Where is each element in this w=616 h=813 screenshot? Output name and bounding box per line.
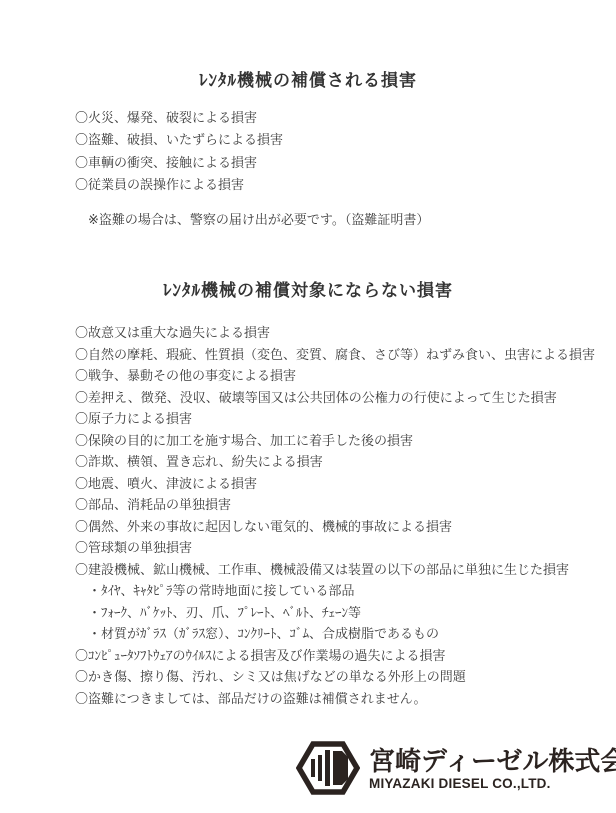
list-item: 〇ｺﾝﾋﾟｭｰﾀｿﾌﾄｳｪｱのｳｲﾙｽによる損害及び作業場の過失による損害 bbox=[75, 645, 595, 667]
list-item: 〇詐欺、横領、置き忘れ、紛失による損害 bbox=[75, 451, 595, 473]
list-item: 〇建設機械、鉱山機械、工作車、機械設備又は装置の以下の部品に単独に生じた損害 bbox=[75, 559, 595, 581]
list-item: 〇戦争、暴動その他の事変による損害 bbox=[75, 365, 595, 387]
list-item: ・ﾀｲﾔ、ｷｬﾀﾋﾟﾗ等の常時地面に接している部品 bbox=[88, 580, 595, 602]
theft-report-note: ※盗難の場合は、警察の届け出が必要です。（盗難証明書） bbox=[88, 209, 429, 228]
list-item: 〇火災、爆発、破裂による損害 bbox=[75, 107, 283, 129]
list-item: 〇自然の摩耗、瑕疵、性質損（変色、変質、腐食、さび等）ねずみ食い、虫害による損害 bbox=[75, 344, 595, 366]
list-item: ・ﾌｫｰｸ、ﾊﾞｹｯﾄ、刃、爪、ﾌﾟﾚｰﾄ、ﾍﾞﾙﾄ、ﾁｪｰﾝ等 bbox=[88, 602, 595, 624]
list-item: 〇差押え、徴発、没収、破壊等国又は公共団体の公権力の行使によって生じた損害 bbox=[75, 387, 595, 409]
list-item: ・材質がｶﾞﾗｽ（ｶﾞﾗｽ窓）、ｺﾝｸﾘｰﾄ、ｺﾞﾑ、合成樹脂であるもの bbox=[88, 623, 595, 645]
covered-damages-title: ﾚﾝﾀﾙ機械の補償される損害 bbox=[0, 66, 616, 91]
company-name-japanese: 宮崎ディーゼル株式会社 bbox=[369, 746, 616, 776]
list-item: 〇地震、噴火、津波による損害 bbox=[75, 473, 595, 495]
document-page: ﾚﾝﾀﾙ機械の補償される損害 〇火災、爆発、破裂による損害〇盗難、破損、いたずら… bbox=[0, 0, 616, 813]
md-hexagon-logo-icon bbox=[296, 737, 360, 799]
list-item: 〇故意又は重大な過失による損害 bbox=[75, 322, 595, 344]
list-item: 〇保険の目的に加工を施す場合、加工に着手した後の損害 bbox=[75, 430, 595, 452]
covered-damages-list: 〇火災、爆発、破裂による損害〇盗難、破損、いたずらによる損害〇車輌の衝突、接触に… bbox=[75, 107, 283, 197]
excluded-damages-list: 〇故意又は重大な過失による損害〇自然の摩耗、瑕疵、性質損（変色、変質、腐食、さび… bbox=[75, 322, 595, 709]
company-footer: 宮崎ディーゼル株式会社 MIYAZAKI DIESEL CO.,LTD. bbox=[296, 737, 616, 799]
list-item: 〇原子力による損害 bbox=[75, 408, 595, 430]
list-item: 〇盗難、破損、いたずらによる損害 bbox=[75, 129, 283, 151]
company-name-english: MIYAZAKI DIESEL CO.,LTD. bbox=[369, 776, 616, 791]
list-item: 〇部品、消耗品の単独損害 bbox=[75, 494, 595, 516]
list-item: 〇盗難につきましては、部品だけの盗難は補償されません。 bbox=[75, 688, 595, 710]
company-name-block: 宮崎ディーゼル株式会社 MIYAZAKI DIESEL CO.,LTD. bbox=[369, 746, 616, 791]
list-item: 〇偶然、外来の事故に起因しない電気的、機械的事故による損害 bbox=[75, 516, 595, 538]
list-item: 〇従業員の誤操作による損害 bbox=[75, 174, 283, 196]
excluded-damages-title: ﾚﾝﾀﾙ機械の補償対象にならない損害 bbox=[0, 276, 616, 301]
list-item: 〇かき傷、擦り傷、汚れ、シミ又は焦げなどの単なる外形上の問題 bbox=[75, 666, 595, 688]
list-item: 〇車輌の衝突、接触による損害 bbox=[75, 152, 283, 174]
list-item: 〇管球類の単独損害 bbox=[75, 537, 595, 559]
